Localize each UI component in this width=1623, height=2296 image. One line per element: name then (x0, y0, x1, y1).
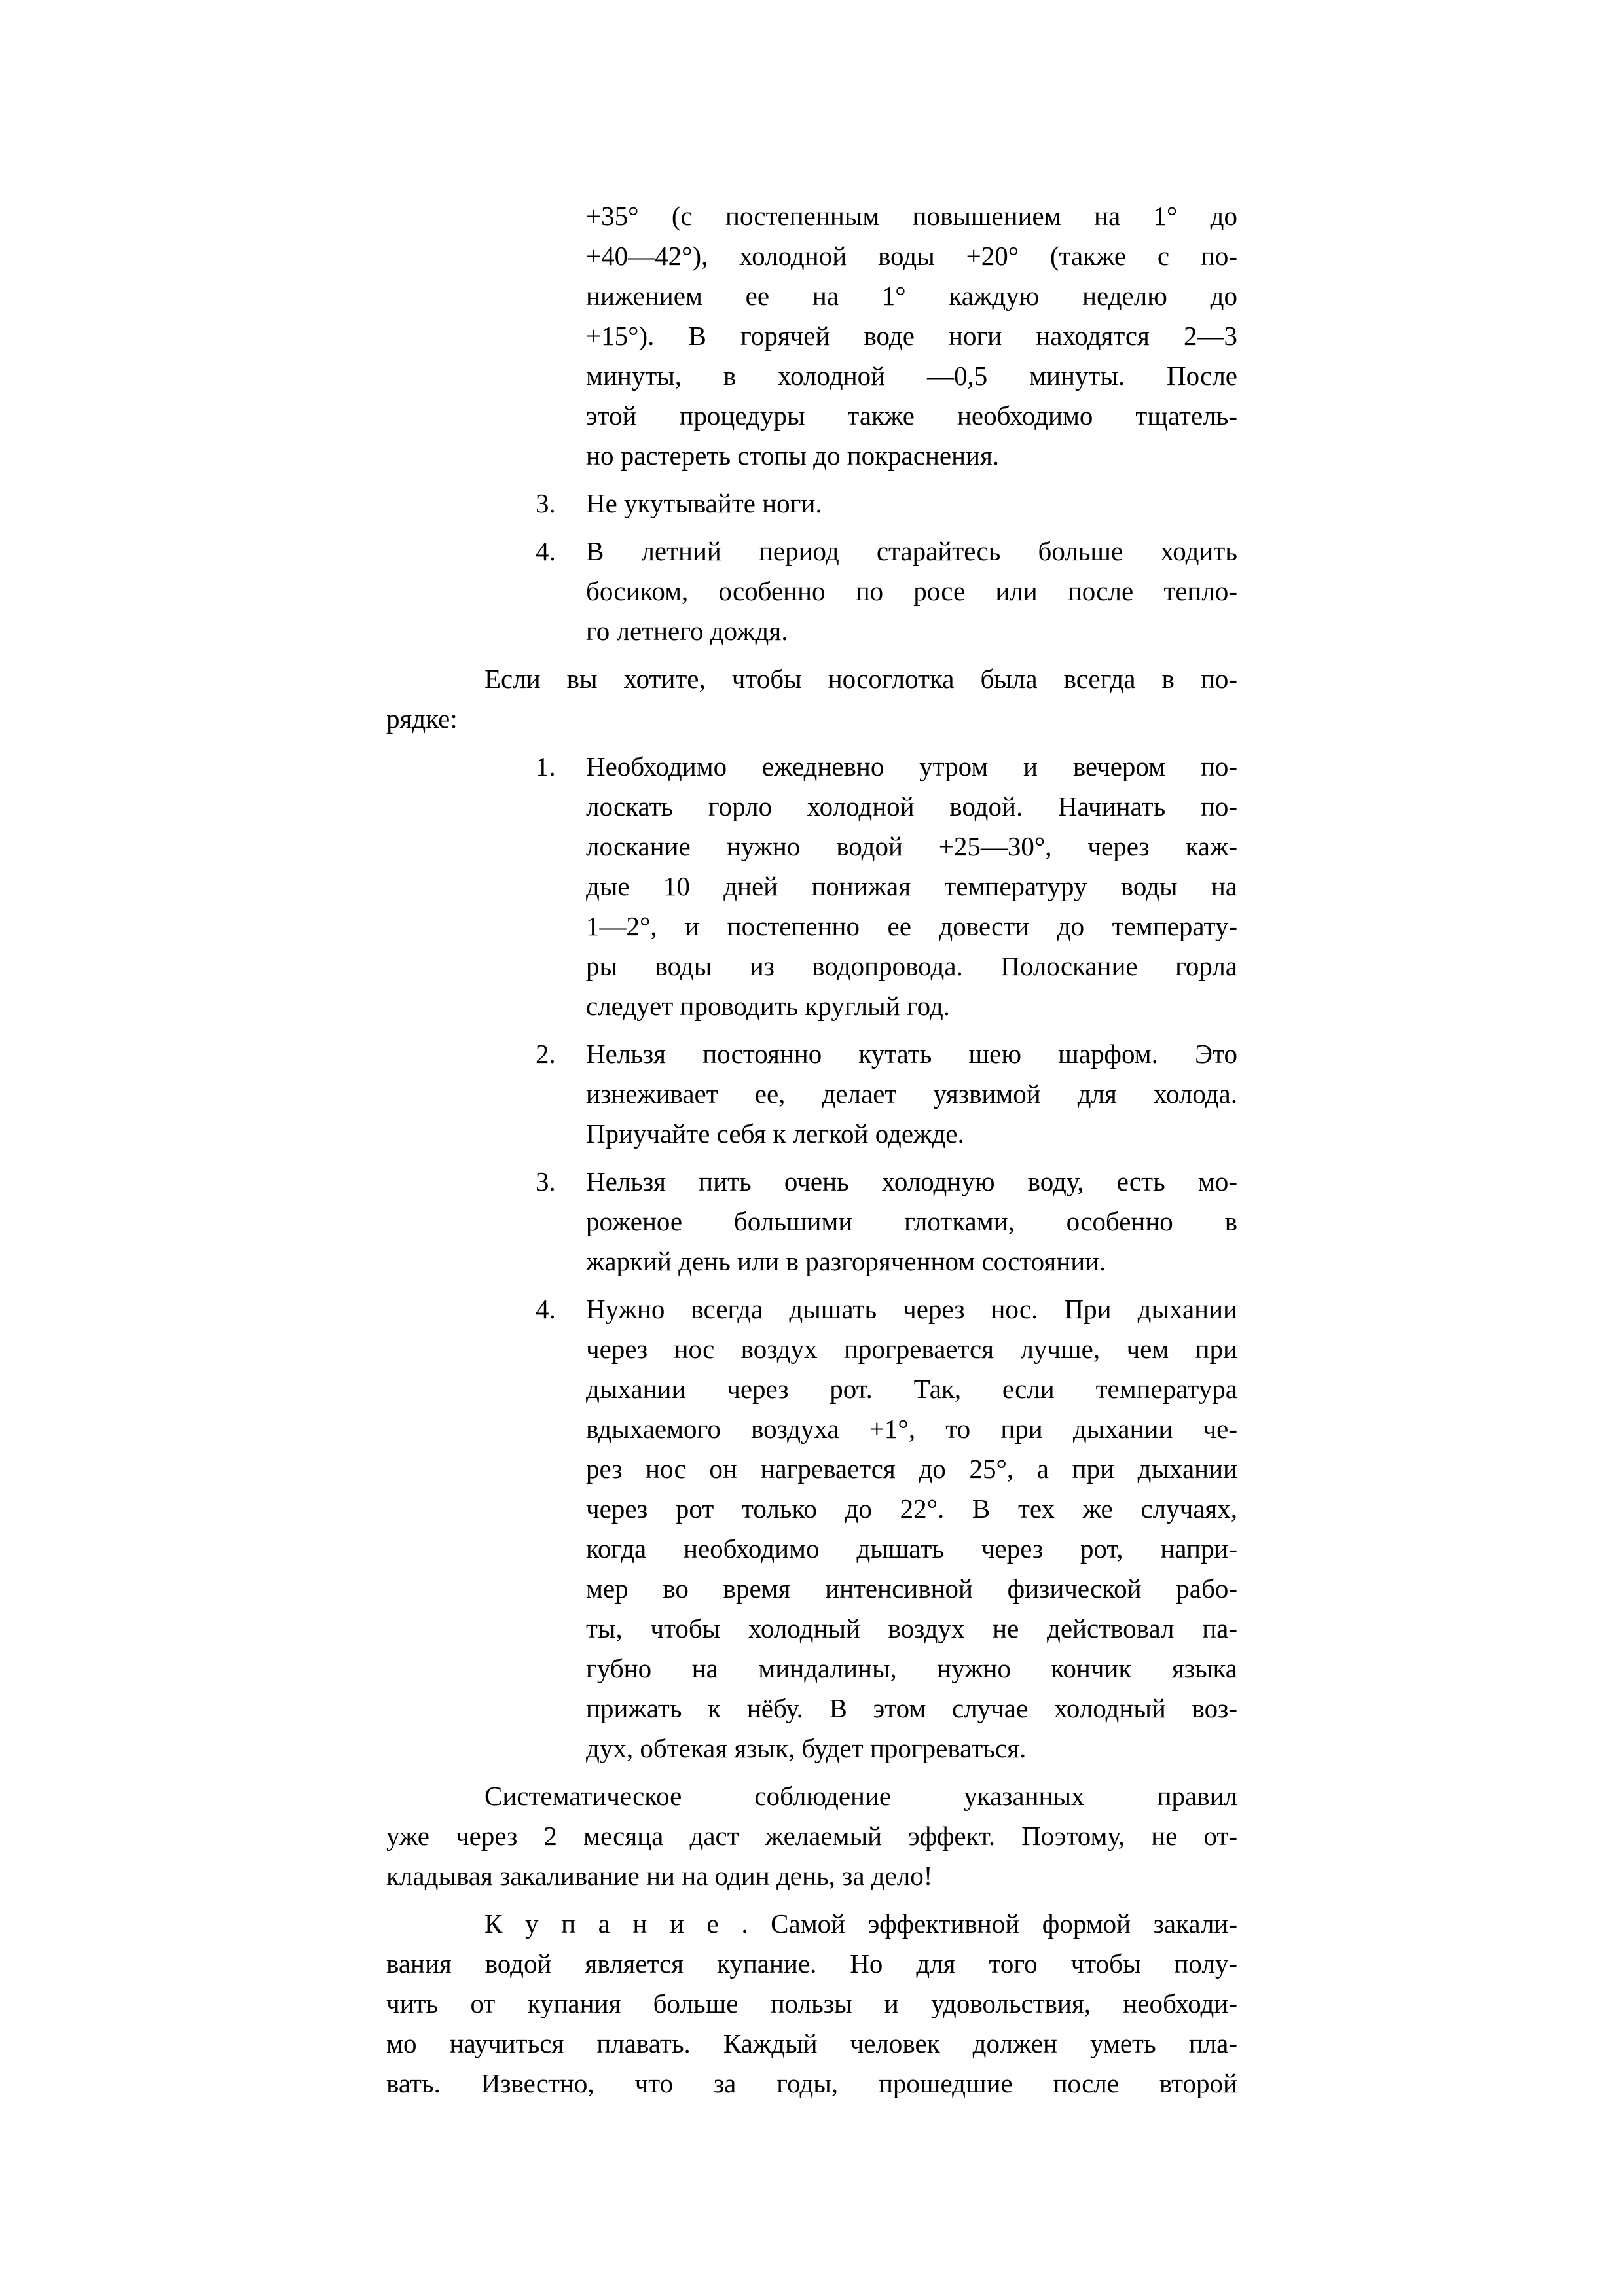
text-line: роженое большими глотками, особенно в (586, 1202, 1237, 1242)
text-line: вания водой является купание. Но для тог… (386, 1944, 1237, 1984)
text-line: Если вы хотите, чтобы носоглотка была вс… (484, 659, 1237, 699)
text-line: лоскание нужно водой +25—30°, через каж- (586, 827, 1237, 867)
text-line: дые 10 дней понижая температуру воды на (586, 867, 1237, 906)
text-line: В летний период старайтесь больше ходить (586, 531, 1237, 571)
list-item: 4. В летний период старайтесь больше ход… (386, 531, 1237, 651)
list-number: 4. (536, 531, 556, 571)
paragraph: К у п а н и е . Самой эффективной формой… (386, 1904, 1237, 2104)
text-line: ры воды из водопровода. Полоскание горла (586, 946, 1237, 986)
text-line: +40—42°), холодной воды +20° (также с по… (586, 236, 1237, 276)
text-line: босиком, особенно по росе или после тепл… (586, 571, 1237, 611)
text-line: чить от купания больше пользы и удовольс… (386, 1984, 1237, 2024)
text-line: дух, обтекая язык, будет прогреваться. (586, 1729, 1237, 1768)
book-page: +35° (с постепенным повышением на 1° до … (0, 0, 1623, 2296)
text-line: Нельзя пить очень холодную воду, есть мо… (586, 1162, 1237, 1202)
list-number: 3. (536, 484, 556, 524)
list-item: 1. Необходимо ежедневно утром и вечером … (386, 747, 1237, 1026)
list-number: 4. (536, 1289, 556, 1329)
text-line: этой процедуры также необходимо тщатель- (586, 396, 1237, 436)
paragraph: Если вы хотите, чтобы носоглотка была вс… (386, 659, 1237, 739)
text-line: через рот только до 22°. В тех же случая… (586, 1489, 1237, 1529)
text-line: +15°). В горячей воде ноги находятся 2—3 (586, 316, 1237, 356)
text-line: следует проводить круглый год. (586, 986, 1237, 1026)
list-number: 2. (536, 1034, 556, 1074)
text-line: жаркий день или в разгоряченном состояни… (586, 1242, 1237, 1282)
text-line: но растереть стопы до покраснения. (586, 436, 1237, 476)
text-line: кладывая закаливание ни на один день, за… (386, 1856, 1237, 1896)
text-line: Нельзя постоянно кутать шею шарфом. Это (586, 1034, 1237, 1074)
text-line: дыхании через рот. Так, если температура (586, 1369, 1237, 1409)
text-line: Не укутывайте ноги. (586, 484, 1237, 524)
text-line: 1—2°, и постепенно ее довести до темпера… (586, 906, 1237, 946)
text-line: минуты, в холодной —0,5 минуты. После (586, 356, 1237, 396)
text-line: губно на миндалины, нужно кончик языка (586, 1649, 1237, 1689)
text-line: мер во время интенсивной физической рабо… (586, 1569, 1237, 1609)
text-line: го летнего дождя. (586, 611, 1237, 651)
text-line: мо научиться плавать. Каждый человек дол… (386, 2024, 1237, 2064)
text-line: прижать к нёбу. В этом случае холодный в… (586, 1689, 1237, 1729)
text-line: Необходимо ежедневно утром и вечером по- (586, 747, 1237, 787)
list-item: 2. Нельзя постоянно кутать шею шарфом. Э… (386, 1034, 1237, 1154)
paragraph: Систематическое соблюдение указанных пра… (386, 1776, 1237, 1896)
text-line: когда необходимо дышать через рот, напри… (586, 1529, 1237, 1569)
list-item: 3. Не укутывайте ноги. (386, 484, 1237, 524)
list-item: 4. Нужно всегда дышать через нос. При ды… (386, 1289, 1237, 1768)
text-line: вать. Известно, что за годы, прошедшие п… (386, 2064, 1237, 2104)
text-line: нижением ее на 1° каждую неделю до (586, 276, 1237, 316)
text-line: рядке: (386, 699, 1237, 739)
text-line: изнеживает ее, делает уязвимой для холод… (586, 1074, 1237, 1114)
text-line: вдыхаемого воздуха +1°, то при дыхании ч… (586, 1409, 1237, 1449)
text-line: Нужно всегда дышать через нос. При дыхан… (586, 1289, 1237, 1329)
text-column: +35° (с постепенным повышением на 1° до … (386, 196, 1237, 2104)
text-line: ты, чтобы холодный воздух не действовал … (586, 1609, 1237, 1649)
text-line: лоскать горло холодной водой. Начинать п… (586, 787, 1237, 827)
list-number: 3. (536, 1162, 556, 1202)
text-line: рез нос он нагревается до 25°, а при дых… (586, 1449, 1237, 1489)
text-line: К у п а н и е . Самой эффективной формой… (484, 1904, 1237, 1944)
list-item: 3. Нельзя пить очень холодную воду, есть… (386, 1162, 1237, 1282)
text-line: Систематическое соблюдение указанных пра… (484, 1776, 1237, 1816)
text-line: через нос воздух прогревается лучше, чем… (586, 1329, 1237, 1369)
list-number: 1. (536, 747, 556, 787)
list-item-continuation: +35° (с постепенным повышением на 1° до … (386, 196, 1237, 476)
text-line: Приучайте себя к легкой одежде. (586, 1114, 1237, 1154)
text-line: уже через 2 месяца даст желаемый эффект.… (386, 1816, 1237, 1856)
text-line: +35° (с постепенным повышением на 1° до (586, 196, 1237, 236)
